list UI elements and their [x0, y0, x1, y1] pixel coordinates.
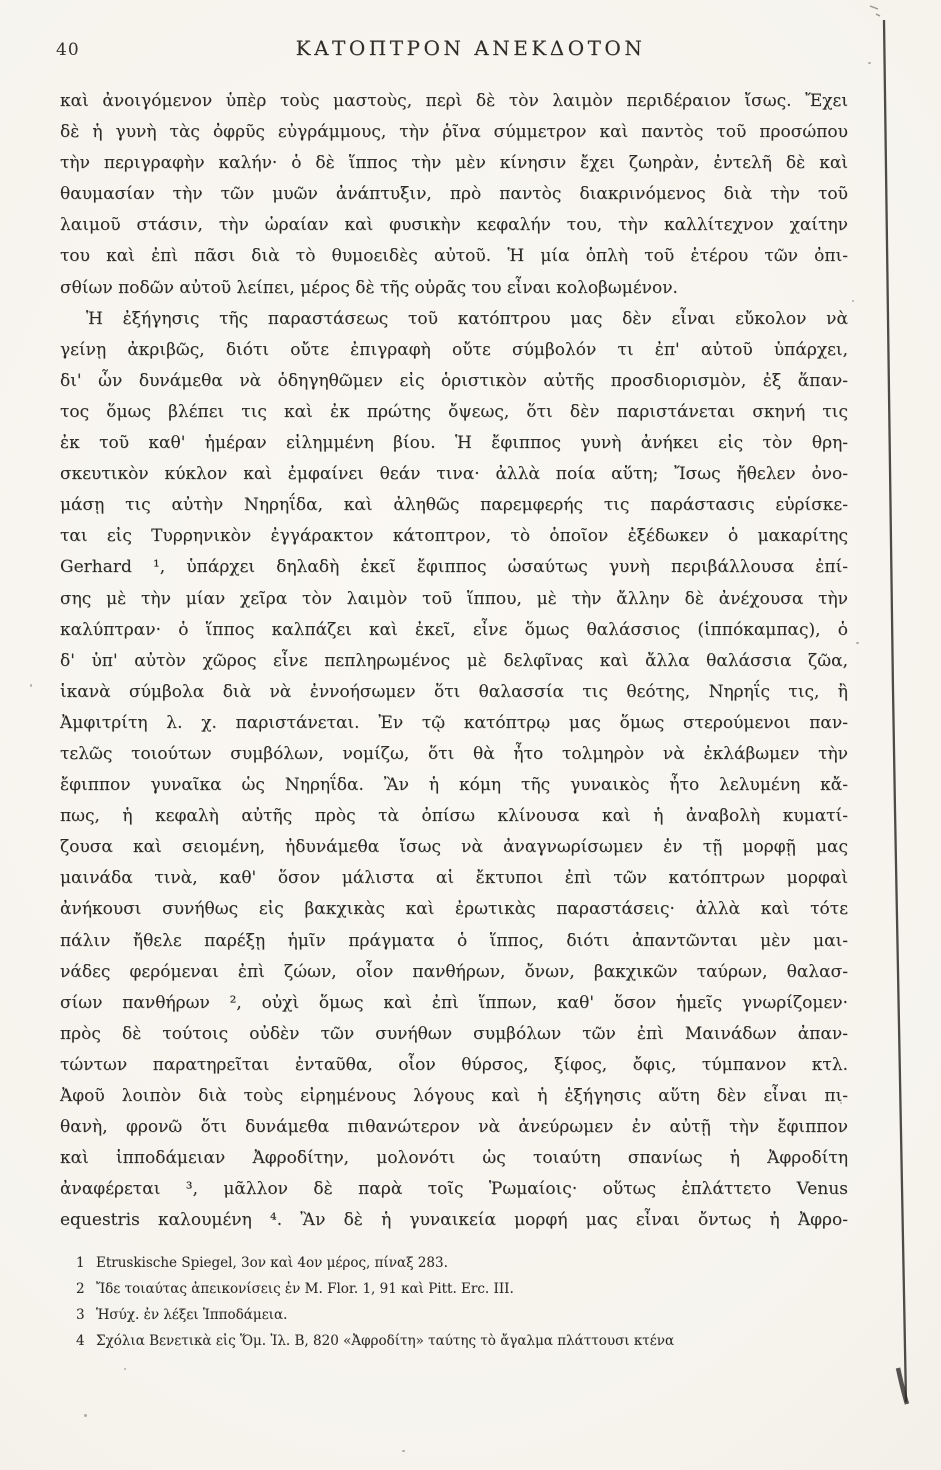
- body-text-line: σης μὲ τὴν μίαν χεῖρα τὸν λαιμὸν τοῦ ἵππ…: [60, 584, 848, 615]
- footnote-number: 1: [76, 1250, 88, 1276]
- body-text-line: μαινάδα τινὰ, καθ' ὅσον μάλιστα αἱ ἔκτυπ…: [60, 863, 848, 894]
- page-number: 40: [56, 40, 80, 60]
- footnote-text: Ἡσύχ. ἐν λέξει Ἱπποδάμεια.: [96, 1307, 287, 1323]
- scan-speckle: [840, 1102, 842, 1104]
- body-text-line: καλύπτραν· ὁ ἵππος καλπάζει καὶ ἐκεῖ, εἶ…: [60, 615, 848, 646]
- body-text-line: σκευτικὸν κύκλον καὶ ἐμφαίνει θεάν τινα·…: [60, 459, 848, 490]
- body-text-line: θαυμασίαν τὴν τῶν μυῶν ἀνάπτυξιν, πρὸ πα…: [60, 179, 848, 210]
- body-text-line: ἱκανὰ σύμβολα διὰ νὰ ἐννοήσωμεν ὅτι θαλα…: [60, 677, 848, 708]
- body-text-line: δὲ ἡ γυνὴ τὰς ὀφρῦς εὐγράμμους, τὴν ῥῖνα…: [60, 117, 848, 148]
- footnote-text: Ἴδε τοιαύτας ἀπεικονίσεις ἐν M. Flor. 1,…: [96, 1281, 514, 1297]
- body-text-line: γείνῃ ἀκριβῶς, διότι οὔτε ἐπιγραφὴ οὔτε …: [60, 335, 848, 366]
- body-text-line: δι' ὧν δυνάμεθα νὰ ὁδηγηθῶμεν εἰς ὁριστι…: [60, 366, 848, 397]
- body-text-line: σίων πανθήρων ², οὐχὶ ὅμως καὶ ἐπὶ ἵππων…: [60, 988, 848, 1019]
- body-text-line: Ἀφοῦ λοιπὸν διὰ τοὺς εἰρημένους λόγους κ…: [60, 1081, 848, 1112]
- body-text-line: πάλιν ἤθελε παρέξῃ ἡμῖν πράγματα ὁ ἵππος…: [60, 926, 848, 957]
- footnote-number: 4: [76, 1328, 88, 1354]
- body-text-line: σθίων ποδῶν αὐτοῦ λείπει, μέρος δὲ τῆς ο…: [60, 273, 848, 304]
- body-text-line: ται εἰς Τυρρηνικὸν ἐγγάρακτον κάτοπτρον,…: [60, 521, 848, 552]
- body-text-line: τώντων παρατηρεῖται ἐνταῦθα, οἷον θύρσος…: [60, 1050, 848, 1081]
- body-text-line: Gerhard ¹, ὑπάρχει δηλαδὴ ἐκεῖ ἔφιππος ὡ…: [60, 552, 848, 583]
- scan-speckle: [868, 62, 871, 64]
- body-text-line: του καὶ ἐπὶ πᾶσι διὰ τὸ θυμοειδὲς αὐτοῦ.…: [60, 241, 848, 272]
- body-text: καὶ ἀνοιγόμενον ὑπὲρ τοὺς μαστοὺς, περὶ …: [60, 86, 848, 1236]
- body-text-line: λαιμοῦ στάσιν, τὴν ὡραίαν καὶ φυσικὴν κε…: [60, 210, 848, 241]
- footnote-text: Σχόλια Βενετικὰ εἰς Ὅμ. Ἰλ. Β, 820 «Ἀφρο…: [96, 1333, 674, 1349]
- scan-speckle: [30, 684, 32, 687]
- body-text-line: ἀνήκουσι συνήθως εἰς βακχικὰς καὶ ἐρωτικ…: [60, 894, 848, 925]
- body-text-line: καὶ ἱπποδάμειαν Ἀφροδίτην, μολονότι ὡς τ…: [60, 1143, 848, 1174]
- body-text-line: ἐκ τοῦ καθ' ἡμέραν εἰλημμένη βίου. Ἡ ἔφι…: [60, 428, 848, 459]
- body-text-line: θανὴ, φρονῶ ὅτι δυνάμεθα πιθανώτερον νὰ …: [60, 1112, 848, 1143]
- body-text-line: τὴν περιγραφὴν καλήν· ὁ δὲ ἵππος τὴν μὲν…: [60, 148, 848, 179]
- scan-speckle: [852, 300, 854, 302]
- footnotes-block: 1Etruskische Spiegel, 3ον καὶ 4ον μέρος,…: [62, 1250, 862, 1354]
- body-text-line: νάδες φερόμεναι ἐπὶ ζώων, οἷον πανθήρων,…: [60, 957, 848, 988]
- body-text-line: equestris καλουμένη ⁴. Ἂν δὲ ἡ γυναικεία…: [60, 1205, 848, 1236]
- footnote-number: 2: [76, 1276, 88, 1302]
- footnote-text: Etruskische Spiegel, 3ον καὶ 4ον μέρος, …: [96, 1255, 448, 1271]
- body-text-line: ζουσα καὶ σειομένη, ἠδυνάμεθα ἴσως νὰ ἀν…: [60, 832, 848, 863]
- body-text-line: ἀναφέρεται ³, μᾶλλον δὲ παρὰ τοῖς Ῥωμαίο…: [60, 1174, 848, 1205]
- body-text-line: πως, ἡ κεφαλὴ αὐτῆς πρὸς τὰ ὀπίσω κλίνου…: [60, 801, 848, 832]
- body-text-line: δ' ὑπ' αὐτὸν χῶρος εἶνε πεπληρωμένος μὲ …: [60, 646, 848, 677]
- scan-speckle: [856, 642, 859, 644]
- body-text-line: Ἀμφιτρίτη λ. χ. παριστάνεται. Ἐν τῷ κατό…: [60, 708, 848, 739]
- scan-speckle: [124, 1368, 126, 1370]
- footnote-item: 4Σχόλια Βενετικὰ εἰς Ὅμ. Ἰλ. Β, 820 «Ἀφρ…: [62, 1328, 862, 1354]
- page-header: 40 ΚΑΤΟΠΤΡΟΝ ΑΝΕΚΔΟΤΟΝ: [0, 36, 941, 68]
- scan-speckle: [84, 1414, 87, 1417]
- scan-speckle: [402, 1450, 405, 1452]
- body-text-line: τος ὅμως βλέπει τις καὶ ἐκ πρώτης ὄψεως,…: [60, 397, 848, 428]
- scan-speckle: [678, 92, 680, 94]
- body-text-line: καὶ ἀνοιγόμενον ὑπὲρ τοὺς μαστοὺς, περὶ …: [60, 86, 848, 117]
- body-text-line: ἔφιππον γυναῖκα ὡς Νηρηΐδα. Ἂν ἡ κόμη τῆ…: [60, 770, 848, 801]
- scanned-book-page: 40 ΚΑΤΟΠΤΡΟΝ ΑΝΕΚΔΟΤΟΝ καὶ ἀνοιγόμενον ὑ…: [0, 0, 941, 1470]
- body-text-line: μάσῃ τις αὐτὴν Νηρηΐδα, καὶ ἀληθῶς παρεμ…: [60, 490, 848, 521]
- page-title: ΚΑΤΟΠΤΡΟΝ ΑΝΕΚΔΟΤΟΝ: [0, 36, 941, 60]
- body-text-line: τελῶς τοιούτων συμβόλων, νομίζω, ὅτι θὰ …: [60, 739, 848, 770]
- body-text-line: Ἡ ἐξήγησις τῆς παραστάσεως τοῦ κατόπτρου…: [60, 304, 848, 335]
- footnote-item: 2Ἴδε τοιαύτας ἀπεικονίσεις ἐν M. Flor. 1…: [62, 1276, 862, 1302]
- footnote-number: 3: [76, 1302, 88, 1328]
- footnote-item: 1Etruskische Spiegel, 3ον καὶ 4ον μέρος,…: [62, 1250, 862, 1276]
- footnote-item: 3Ἡσύχ. ἐν λέξει Ἱπποδάμεια.: [62, 1302, 862, 1328]
- body-text-line: πρὸς δὲ τούτοις οὐδὲν τῶν συνήθων συμβόλ…: [60, 1019, 848, 1050]
